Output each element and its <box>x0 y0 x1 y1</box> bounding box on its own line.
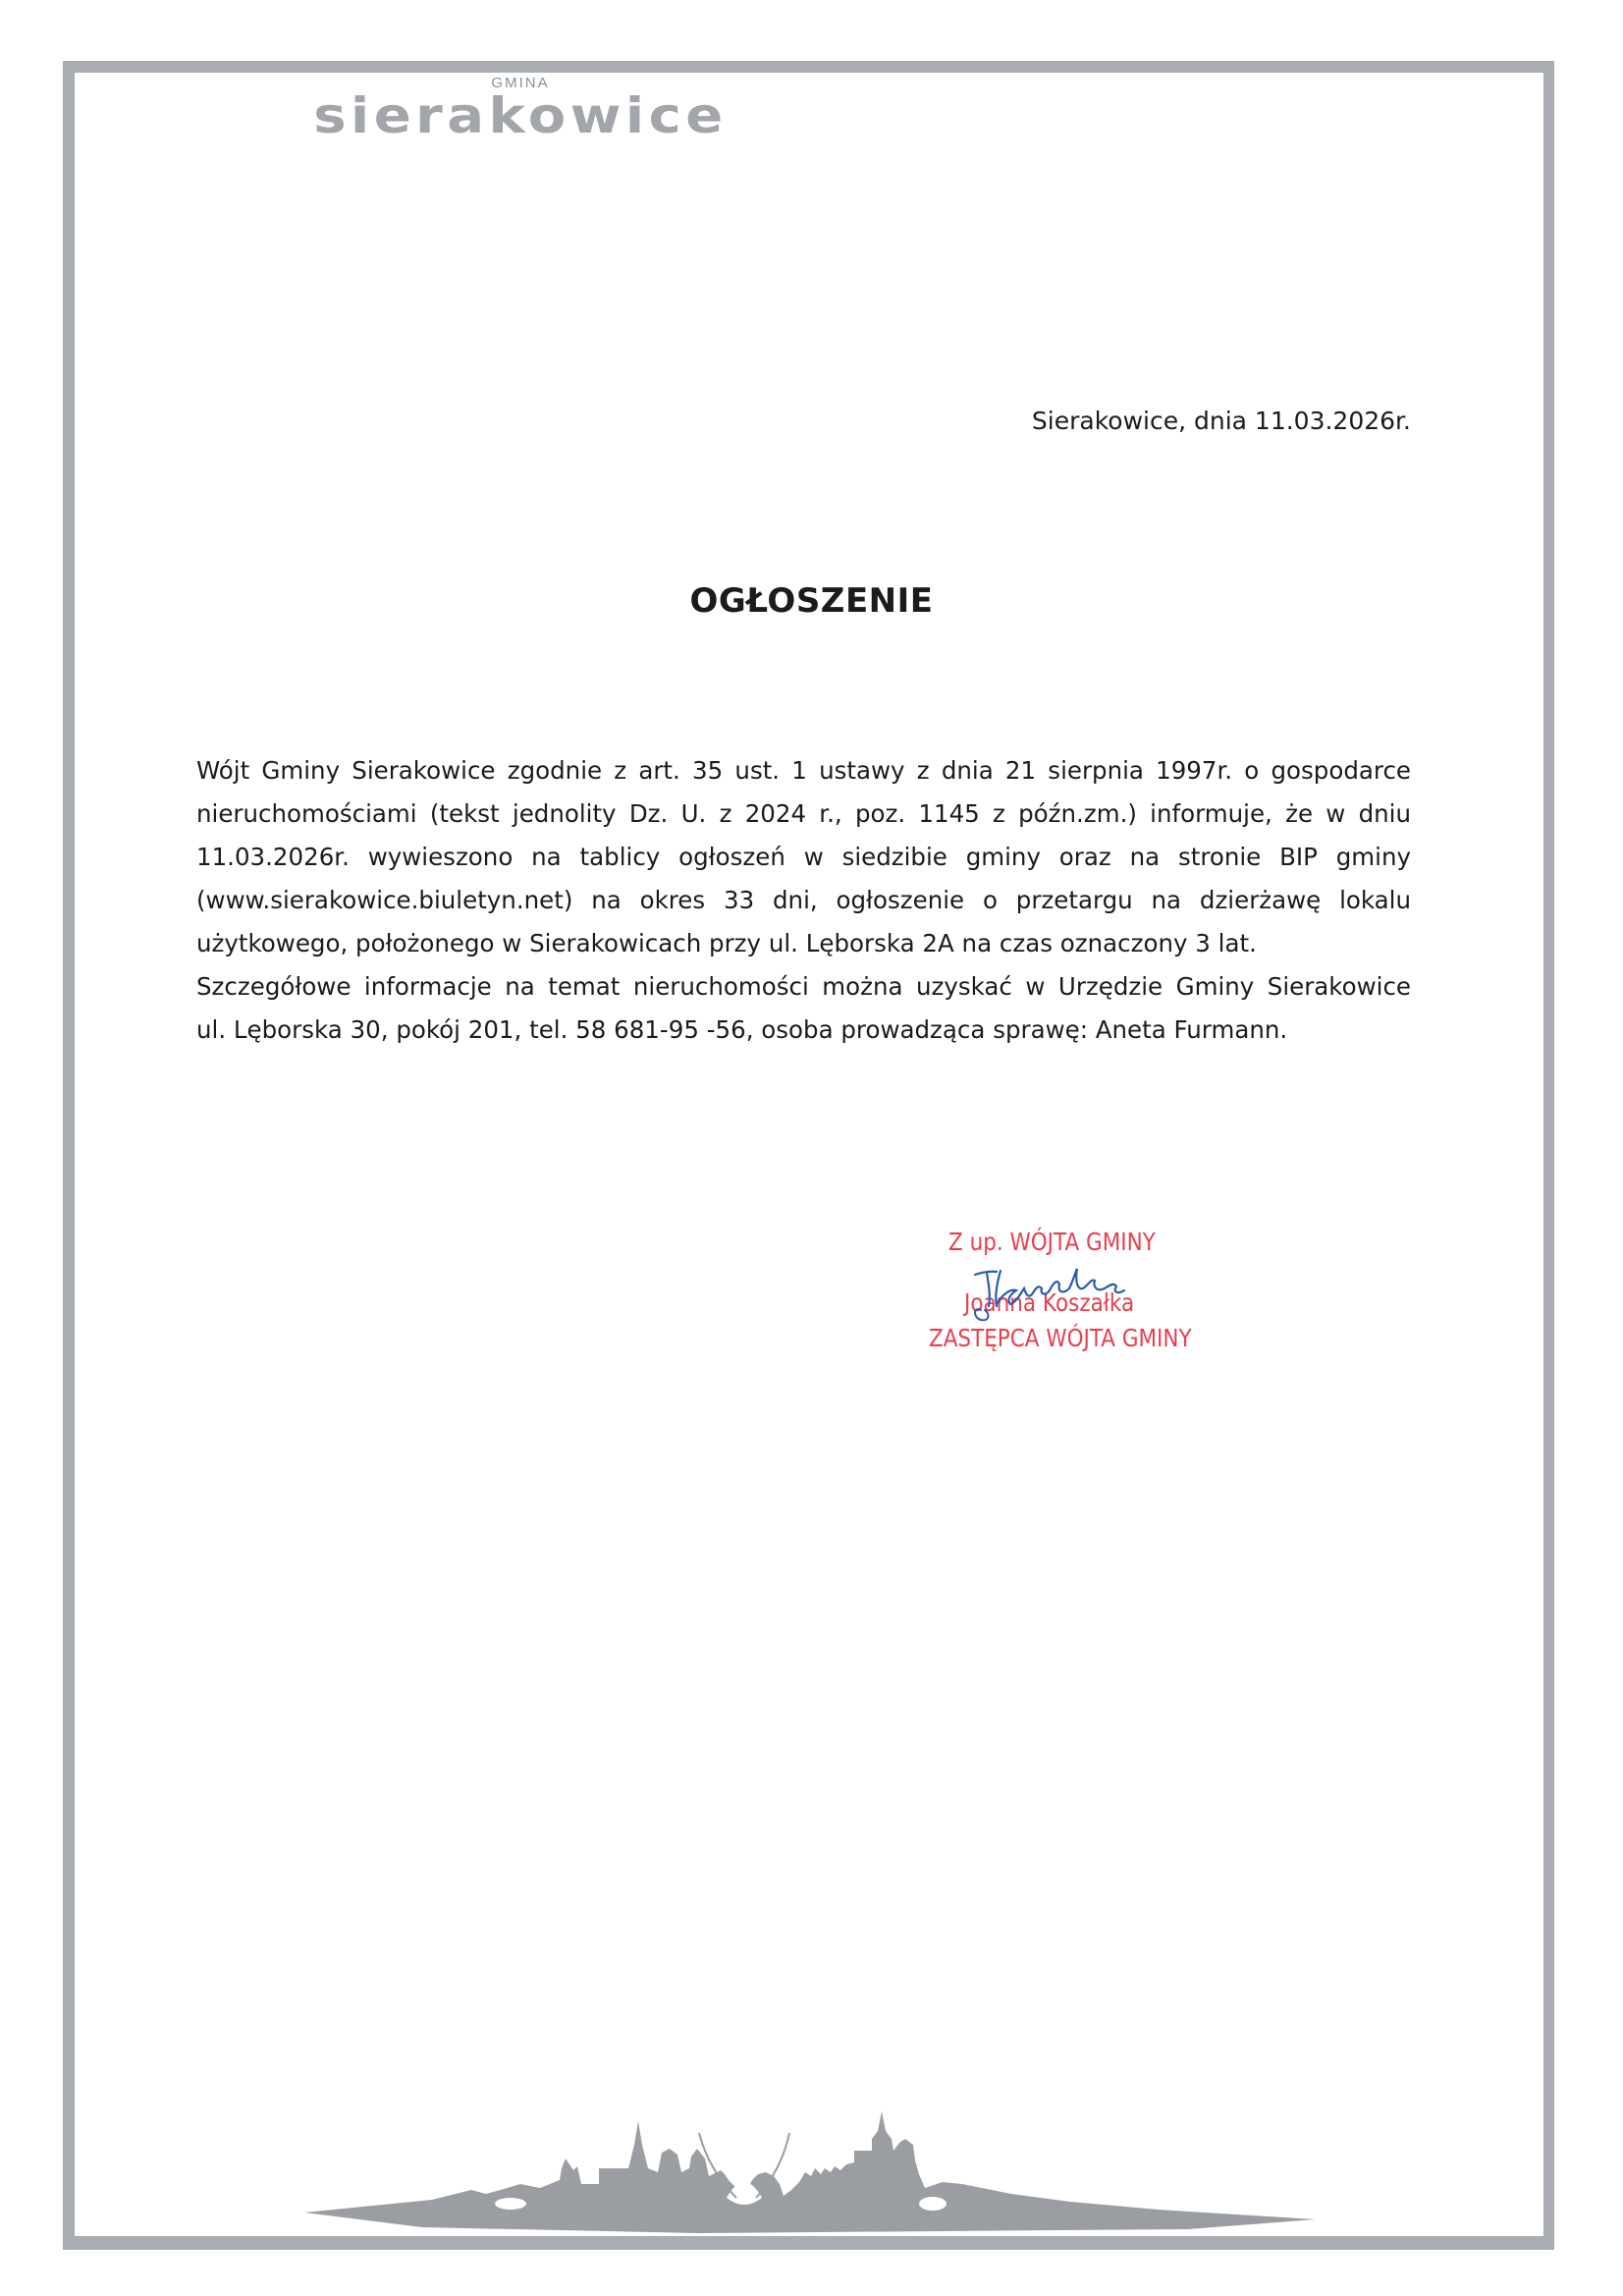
body-line: ul. Lęborska 30, pokój 201, tel. 58 681-… <box>196 1009 1411 1052</box>
announcement-body: Wójt Gminy Sierakowice zgodnie z art. 35… <box>196 749 1411 1052</box>
place-and-date: Sierakowice, dnia 11.03.2026r. <box>1032 407 1411 435</box>
handwritten-signature-icon <box>967 1245 1144 1324</box>
stamp-signatory-title: ZASTĘPCA WÓJTA GMINY <box>929 1324 1192 1352</box>
body-line: 11.03.2026r. wywieszono na tablicy ogłos… <box>196 836 1411 879</box>
body-line: (www.sierakowice.biuletyn.net) na okres … <box>196 879 1411 922</box>
town-skyline-graphic <box>304 2111 1325 2237</box>
page-border-frame <box>63 61 1554 2250</box>
municipality-logo: GMINA SIERAKOWICE <box>324 75 717 138</box>
body-line: użytkowego, położonego w Sierakowicach p… <box>196 922 1411 965</box>
body-line: Wójt Gminy Sierakowice zgodnie z art. 35… <box>196 749 1411 793</box>
body-line: nieruchomościami (tekst jednolity Dz. U.… <box>196 793 1411 836</box>
document-title: OGŁOSZENIE <box>0 581 1623 621</box>
body-line: Szczegółowe informacje na temat nierucho… <box>196 965 1411 1009</box>
logo-municipality-name: SIERAKOWICE <box>300 93 740 138</box>
